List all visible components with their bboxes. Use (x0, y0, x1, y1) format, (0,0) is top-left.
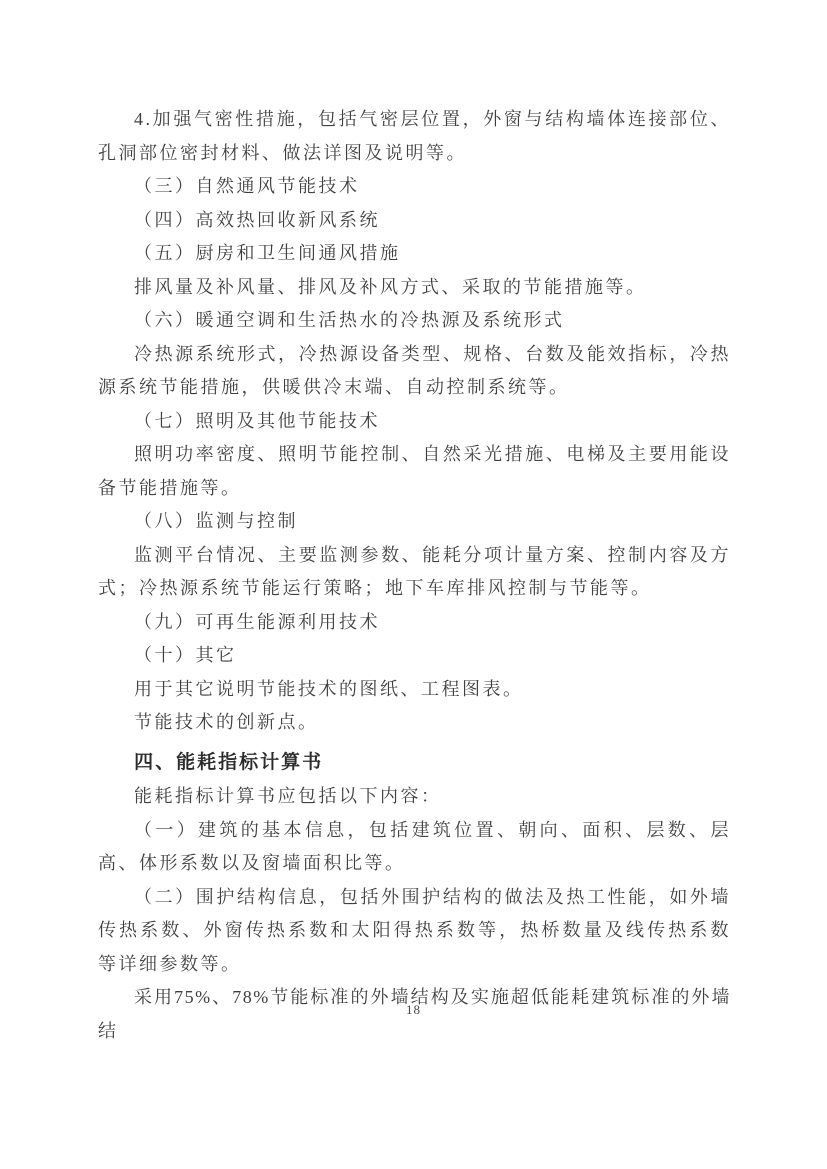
item-section-8-monitoring-control: （八）监测与控制 (98, 505, 731, 539)
para-exhaust-air-volume: 排风量及补风量、排风及补风方式、采取的节能措施等。 (98, 271, 731, 305)
para-monitoring-platform: 监测平台情况、主要监测参数、能耗分项计量方案、控制内容及方式；冷热源系统节能运行… (98, 539, 731, 606)
item-section-9-renewable-energy: （九）可再生能源利用技术 (98, 606, 731, 640)
document-content: 4.加强气密性措施，包括气密层位置，外窗与结构墙体连接部位、孔洞部位密封材料、做… (0, 0, 827, 1048)
heading-section-4-energy-index-calc: 四、能耗指标计算书 (98, 746, 731, 780)
page-number: 18 (0, 1002, 827, 1018)
para-innovation-points: 节能技术的创新点。 (98, 706, 731, 740)
item-section-5-kitchen-ventilation: （五）厨房和卫生间通风措施 (98, 237, 731, 271)
para-other-drawings: 用于其它说明节能技术的图纸、工程图表。 (98, 673, 731, 707)
item-section-6-hvac-heat-source: （六）暖通空调和生活热水的冷热源及系统形式 (98, 304, 731, 338)
para-heat-source-system: 冷热源系统形式，冷热源设备类型、规格、台数及能效指标，冷热源系统节能措施，供暖供… (98, 338, 731, 405)
para-calc-book-intro: 能耗指标计算书应包括以下内容： (98, 780, 731, 814)
item-section-4-heat-recovery: （四）高效热回收新风系统 (98, 204, 731, 238)
item-section-10-other: （十）其它 (98, 639, 731, 673)
para-airtightness-measures: 4.加强气密性措施，包括气密层位置，外窗与结构墙体连接部位、孔洞部位密封材料、做… (98, 103, 731, 170)
item-section-3-natural-ventilation: （三）自然通风节能技术 (98, 170, 731, 204)
document-page: 4.加强气密性措施，包括气密层位置，外窗与结构墙体连接部位、孔洞部位密封材料、做… (0, 0, 827, 1169)
para-building-basic-info: （一）建筑的基本信息，包括建筑位置、朝向、面积、层数、层高、体形系数以及窗墙面积… (98, 814, 731, 881)
para-envelope-info: （二）围护结构信息，包括外围护结构的做法及热工性能，如外墙传热系数、外窗传热系数… (98, 881, 731, 982)
item-section-7-lighting: （七）照明及其他节能技术 (98, 405, 731, 439)
para-lighting-power-density: 照明功率密度、照明节能控制、自然采光措施、电梯及主要用能设备节能措施等。 (98, 438, 731, 505)
